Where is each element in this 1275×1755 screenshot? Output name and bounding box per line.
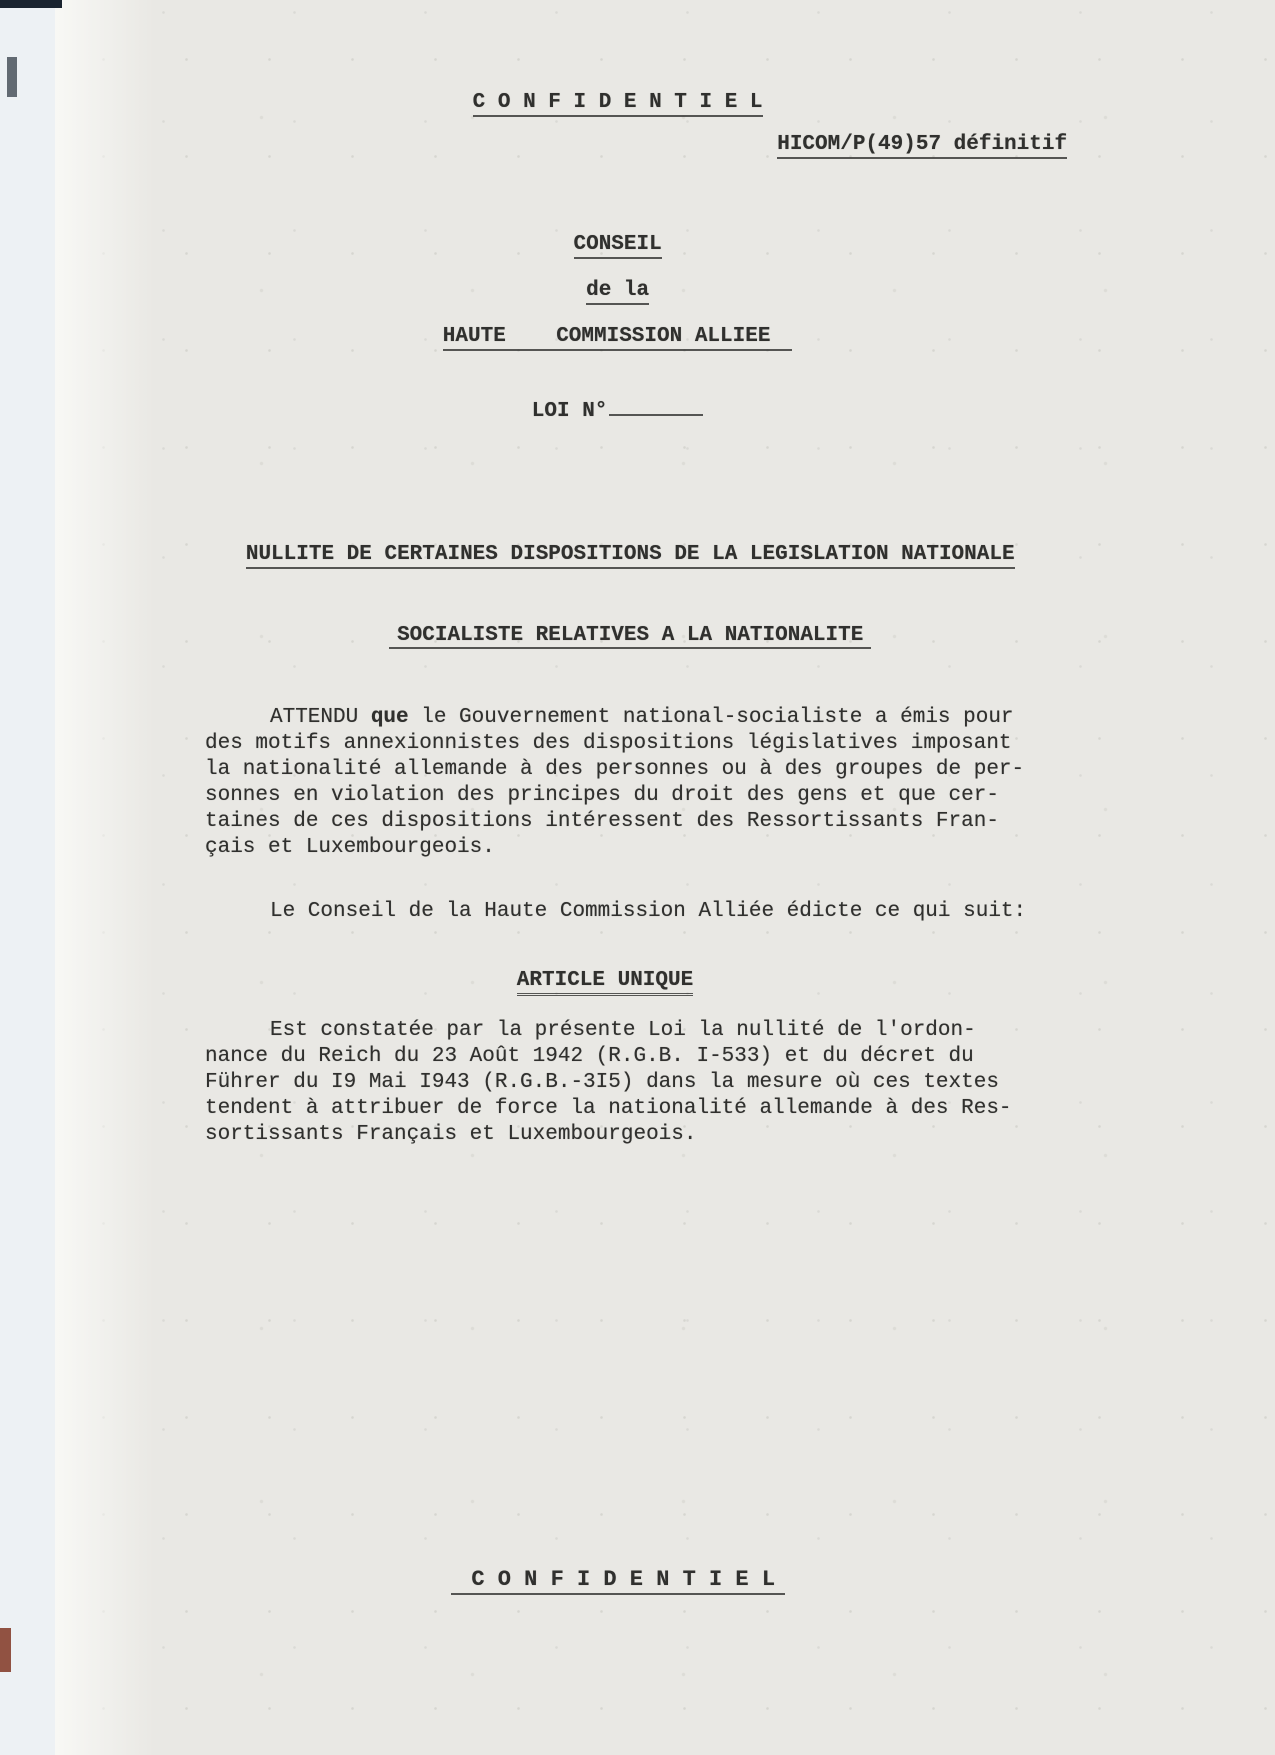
classification-banner-bottom: C O N F I D E N T I E L: [190, 1542, 1020, 1592]
enacting-clause: Le Conseil de la Haute Commission Alliée…: [270, 899, 1026, 925]
preamble-paragraph: ATTENDU que le Gouvernement national-soc…: [205, 705, 1024, 861]
article-heading-text: ARTICLE UNIQUE: [517, 969, 693, 996]
preamble-line-1-rest: le Gouvernement national-socialiste a ém…: [409, 706, 1014, 729]
scan-artifact-left-dash: [7, 57, 17, 97]
preamble-line-5: taines de ces dispositions intéressent d…: [205, 809, 1024, 835]
scan-artifact-bottom-red: [0, 1628, 11, 1672]
article-line-5: sortissants Français et Luxembourgeois.: [205, 1122, 1012, 1148]
preamble-que: que: [371, 706, 409, 729]
document-title-line-1: NULLITE DE CERTAINES DISPOSITIONS DE LA …: [190, 514, 1020, 595]
preamble-line-3: la nationalité allemande à des personnes…: [205, 757, 1024, 783]
preamble-line-4: sonnes en violation des principes du dro…: [205, 783, 1024, 809]
article-line-3: Führer du I9 Mai I943 (R.G.B.-3I5) dans …: [205, 1070, 1012, 1096]
org-name-line-3: HAUTE COMMISSION ALLIEE: [190, 302, 1020, 348]
org-haute-text: HAUTE COMMISSION ALLIEE: [443, 325, 793, 351]
law-number-label: LOI N°: [532, 400, 608, 423]
scan-artifact-top-bar: [0, 0, 62, 8]
document-title-line-2: SOCIALISTE RELATIVES A LA NATIONALITE: [190, 595, 1020, 676]
document-title-line-1-text: NULLITE DE CERTAINES DISPOSITIONS DE LA …: [246, 543, 1015, 569]
document-reference-text: HICOM/P(49)57 définitif: [777, 133, 1067, 159]
preamble-attendu: ATTENDU: [270, 706, 371, 729]
classification-banner-top: C O N F I D E N T I E L: [190, 68, 1020, 114]
article-line-4: tendent à attribuer de force la national…: [205, 1096, 1012, 1122]
law-number-line: LOI N°: [190, 376, 1020, 423]
document-title-line-2-text: SOCIALISTE RELATIVES A LA NATIONALITE: [389, 624, 871, 649]
article-paragraph: Est constatée par la présente Loi la nul…: [205, 1018, 1012, 1148]
article-line-1: Est constatée par la présente Loi la nul…: [205, 1018, 1012, 1044]
preamble-line-2: des motifs annexionnistes des dispositio…: [205, 731, 1024, 757]
preamble-line-6: çais et Luxembourgeois.: [205, 835, 1024, 861]
org-name-line-1: CONSEIL: [190, 210, 1020, 256]
article-heading: ARTICLE UNIQUE: [190, 969, 1020, 992]
classification-banner-bottom-text: C O N F I D E N T I E L: [451, 1567, 785, 1595]
classification-banner-top-text: C O N F I D E N T I E L: [473, 91, 763, 117]
article-line-2: nance du Reich du 23 Août 1942 (R.G.B. I…: [205, 1044, 1012, 1070]
org-name-line-2: de la: [190, 256, 1020, 302]
document-title: NULLITE DE CERTAINES DISPOSITIONS DE LA …: [190, 514, 1020, 676]
preamble-line-1: ATTENDU que le Gouvernement national-soc…: [205, 705, 1024, 731]
law-number-blank: [609, 399, 703, 416]
document-reference: HICOM/P(49)57 définitif: [752, 110, 1067, 156]
